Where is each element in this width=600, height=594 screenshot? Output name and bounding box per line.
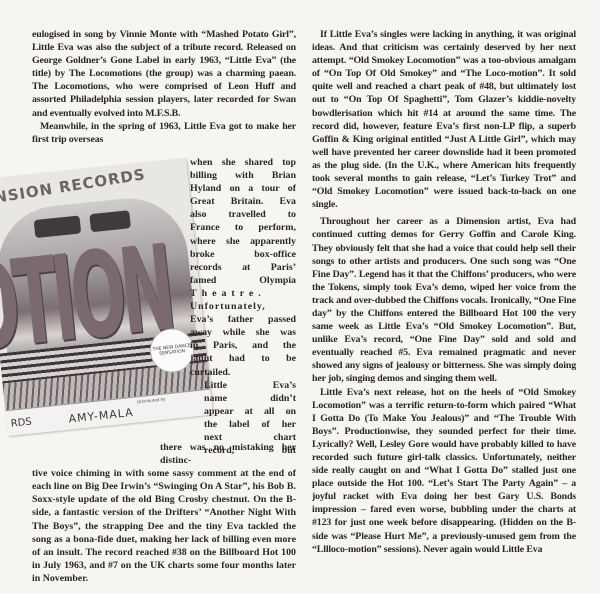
text-line: name didn’t	[190, 392, 296, 405]
text-line: Eva’s father passed	[190, 313, 296, 326]
left-column-continuation: there was no mistaking her distinc- tive…	[32, 441, 296, 585]
text-line: France to perform,	[190, 221, 296, 234]
paragraph: Throughout her career as a Dimension art…	[312, 215, 576, 385]
text-line: Hyland on a tour of	[190, 182, 296, 195]
text-line: there was no mistaking her distinc-	[32, 441, 296, 467]
text-line: records at Paris’	[190, 261, 296, 274]
wrapped-text: when she shared top billing with Brian H…	[190, 156, 296, 457]
text-line: also travelled to	[190, 208, 296, 221]
document-page: eulogised in song by Vinnie Monte with “…	[0, 0, 600, 594]
text-line: the label of her	[190, 418, 296, 431]
text-line: curtailed.	[190, 366, 296, 379]
text-line: appear at all on	[190, 405, 296, 418]
text-line: broke box-office	[190, 248, 296, 261]
text-line: jaunt had to be	[190, 352, 296, 365]
right-column: If Little Eva’s singles were lacking in …	[312, 28, 576, 556]
footer-label: AMY-MALA	[68, 406, 134, 426]
paragraph: eulogised in song by Vinnie Monte with “…	[32, 28, 296, 120]
text-line: famed Olympia	[190, 274, 296, 287]
left-column: eulogised in song by Vinnie Monte with “…	[32, 28, 296, 146]
text-line: away while she was	[190, 326, 296, 339]
text-line: where she apparently	[190, 235, 296, 248]
footer-distributed: Distributed by	[137, 396, 166, 404]
paragraph: Little Eva’s next release, hot on the he…	[312, 386, 576, 556]
text-line: Theatre.	[190, 287, 296, 300]
paragraph: If Little Eva’s singles were lacking in …	[312, 28, 576, 211]
text-line: in Paris, and the	[190, 339, 296, 352]
text-line: billing with Brian	[190, 169, 296, 182]
text-line: Little Eva’s	[190, 379, 296, 392]
text-line: when she shared top	[190, 156, 296, 169]
footer-label-left: RDS	[10, 417, 32, 430]
text-line: Unfortunately,	[190, 300, 296, 313]
paragraph: tive voice chiming in with some sassy co…	[32, 468, 296, 584]
text-line: Great Britain. Eva	[190, 195, 296, 208]
record-sleeve-image: ENSION RECORDS OTION THE NEW DANCE SENSA…	[0, 158, 213, 436]
paragraph: Meanwhile, in the spring of 1963, Little…	[32, 120, 296, 146]
